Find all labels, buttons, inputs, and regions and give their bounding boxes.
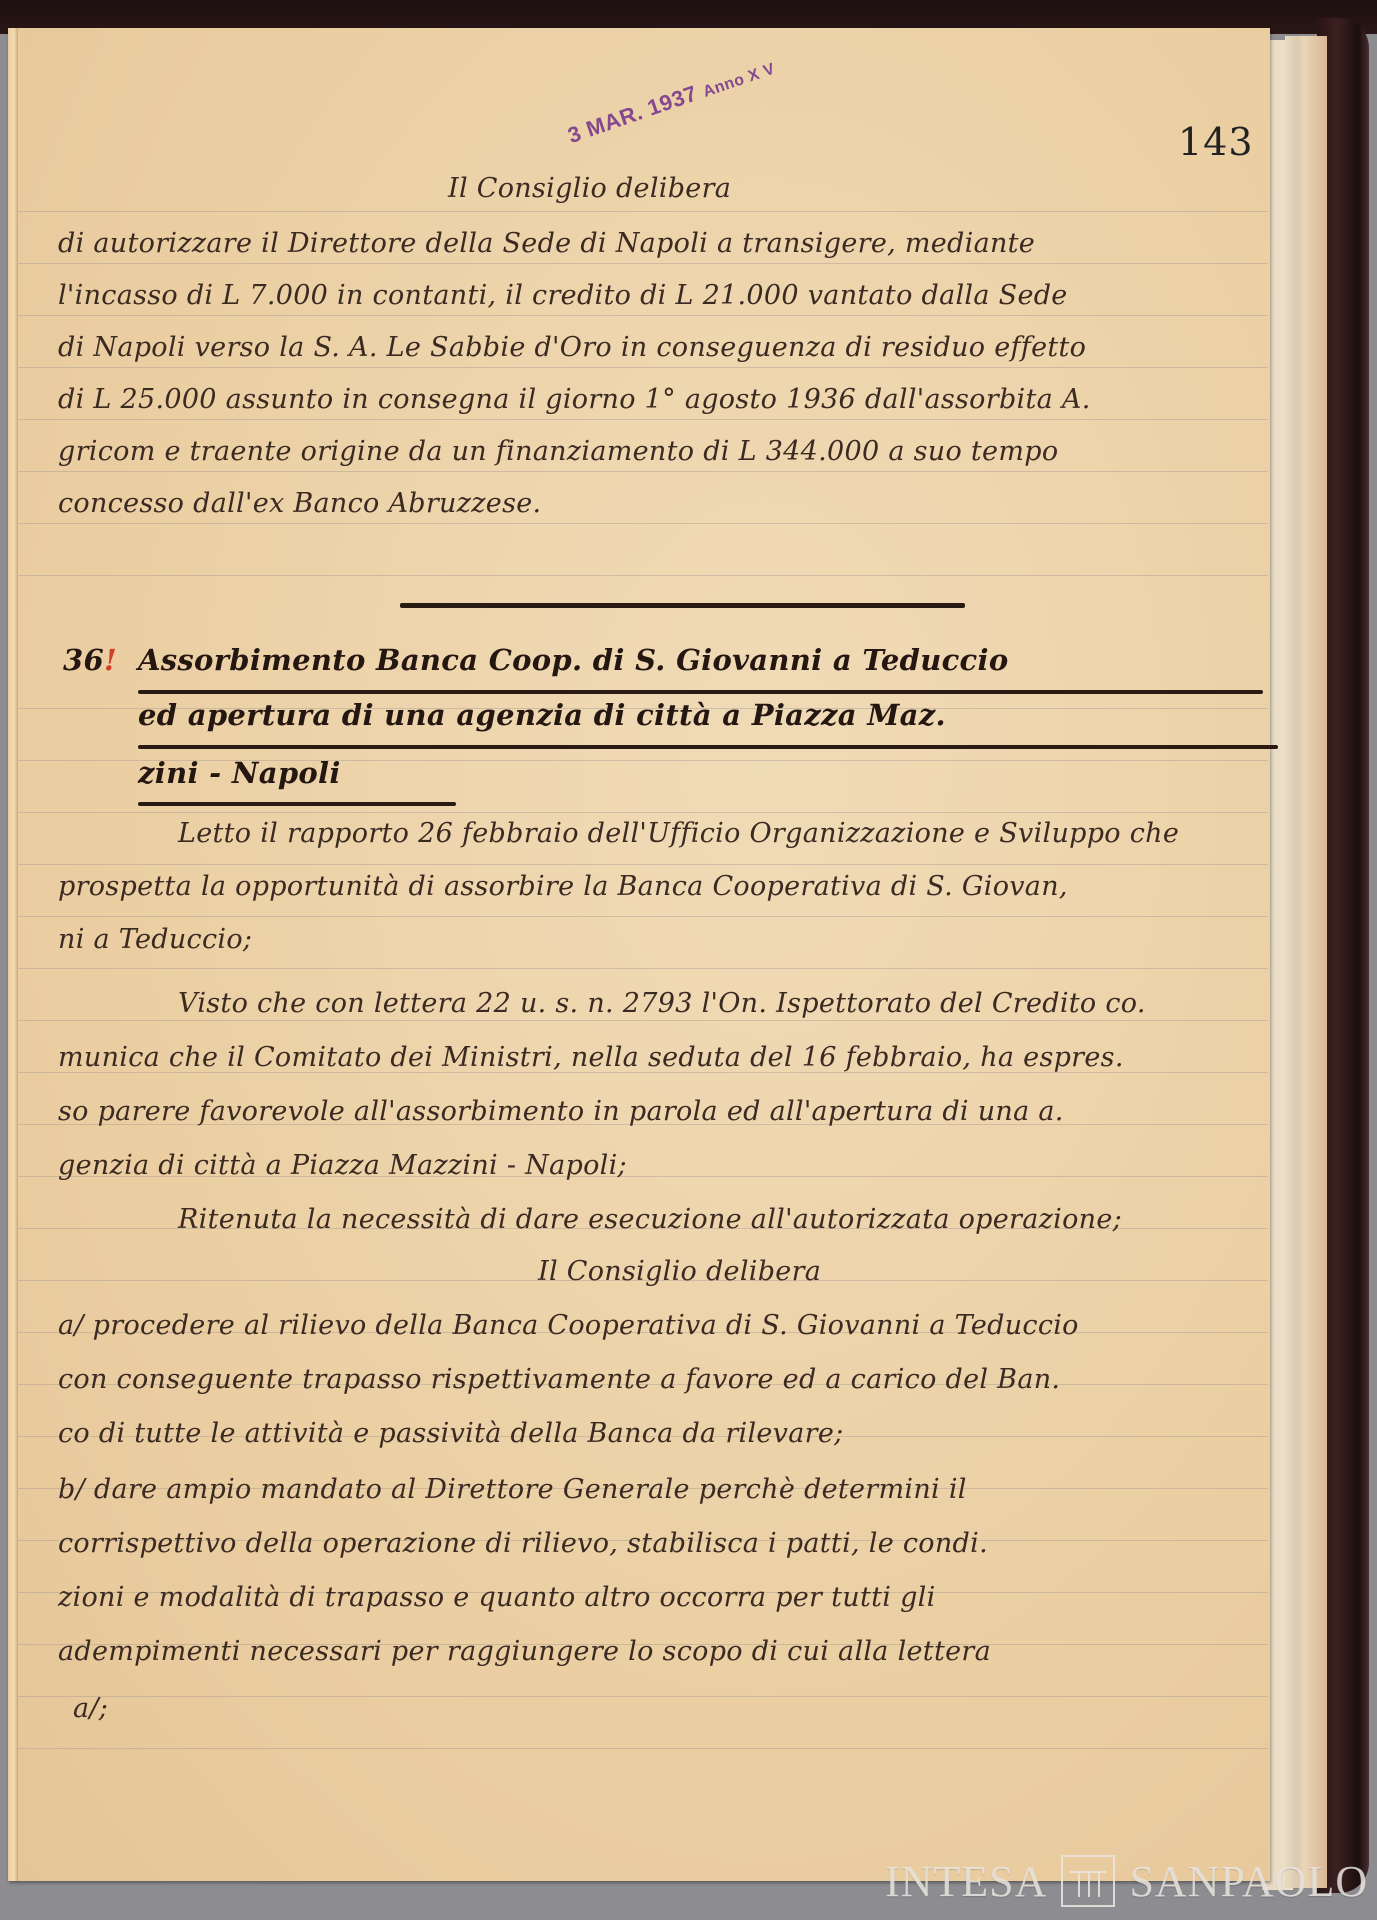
title-underline — [138, 802, 456, 806]
ruled-line — [18, 575, 1268, 576]
ruled-line — [18, 211, 1268, 212]
ruled-line — [18, 523, 1268, 524]
title-underline — [138, 690, 1263, 694]
text-line: b/ dare ampio mandato al Direttore Gener… — [58, 1474, 967, 1505]
text-line: munica che il Comitato dei Ministri, nel… — [58, 1042, 1124, 1073]
text-line: zioni e modalità di trapasso e quanto al… — [58, 1582, 936, 1613]
date-stamp: 3 MAR. 1937 Anno X V — [565, 54, 779, 149]
ruled-line — [18, 1748, 1268, 1749]
text-line: Letto il rapporto 26 febbraio dell'Uffic… — [178, 818, 1179, 849]
ruled-line — [18, 1696, 1268, 1697]
ruled-line — [18, 315, 1268, 316]
page-edges — [1285, 36, 1327, 1888]
page-number: 143 — [1178, 120, 1254, 164]
text-line: concesso dall'ex Banco Abruzzese. — [58, 488, 541, 519]
text-line: di Napoli verso la S. A. Le Sabbie d'Oro… — [58, 332, 1086, 363]
stamp-era: Anno X V — [701, 60, 778, 101]
watermark-left: INTESA — [885, 1856, 1047, 1907]
text-line: adempimenti necessari per raggiungere lo… — [58, 1636, 991, 1667]
resolution-heading: Il Consiglio delibera — [538, 1256, 821, 1287]
text-line: prospetta la opportunità di assorbire la… — [58, 871, 1068, 902]
bank-logo-icon — [1061, 1855, 1115, 1907]
ledger-page: 3 MAR. 1937 Anno X V 143 Il Consiglio de… — [8, 28, 1270, 1881]
ruled-line — [18, 864, 1268, 865]
text-line: so parere favorevole all'assorbimento in… — [58, 1096, 1064, 1127]
ruled-line — [18, 1020, 1268, 1021]
section-title-line: ed apertura di una agenzia di città a Pi… — [138, 698, 946, 732]
page-fold — [8, 28, 18, 1881]
text-line: co di tutte le attività e passività dell… — [58, 1418, 844, 1449]
ruled-line — [18, 471, 1268, 472]
watermark-right: SANPAOLO — [1129, 1856, 1368, 1907]
text-line: a/; — [73, 1693, 108, 1724]
resolution-heading: Il Consiglio delibera — [448, 173, 731, 204]
ruled-line — [18, 263, 1268, 264]
text-line: genzia di città a Piazza Mazzini - Napol… — [58, 1150, 627, 1181]
title-underline — [138, 745, 1278, 749]
section-separator — [400, 603, 965, 608]
section-number: 36! — [63, 643, 117, 677]
text-line: di L 25.000 assunto in consegna il giorn… — [58, 384, 1091, 415]
red-mark: ! — [104, 643, 117, 677]
text-line: Ritenuta la necessità di dare esecuzione… — [178, 1204, 1122, 1235]
text-line: di autorizzare il Direttore della Sede d… — [58, 228, 1035, 259]
text-line: gricom e traente origine da un finanziam… — [58, 436, 1058, 467]
ruled-line — [18, 367, 1268, 368]
ruled-line — [18, 916, 1268, 917]
section-title-line: Assorbimento Banca Coop. di S. Giovanni … — [138, 643, 1008, 677]
ruled-line — [18, 812, 1268, 813]
text-line: a/ procedere al rilievo della Banca Coop… — [58, 1310, 1079, 1341]
text-line: ni a Teduccio; — [58, 924, 252, 955]
text-line: con conseguente trapasso rispettivamente… — [58, 1364, 1060, 1395]
text-line: l'incasso di L 7.000 in contanti, il cre… — [58, 280, 1068, 311]
ruled-line — [18, 968, 1268, 969]
stamp-date: 3 MAR. 1937 — [565, 80, 701, 148]
section-number-value: 36 — [63, 643, 104, 677]
text-line: Visto che con lettera 22 u. s. n. 2793 l… — [178, 988, 1146, 1019]
watermark: INTESA SANPAOLO — [885, 1855, 1368, 1907]
section-title-line: zini - Napoli — [138, 756, 341, 790]
text-line: corrispettivo della operazione di riliev… — [58, 1528, 988, 1559]
ruled-line — [18, 419, 1268, 420]
